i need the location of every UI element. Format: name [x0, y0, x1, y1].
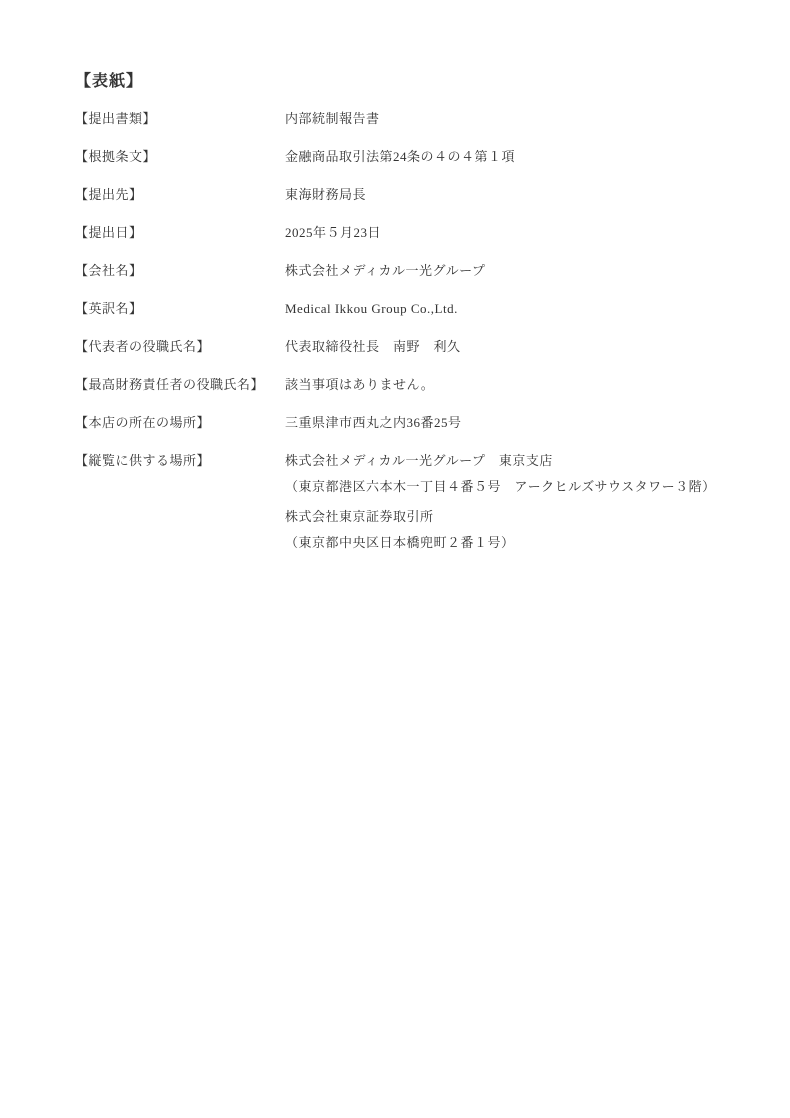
field-label: 【代表者の役職氏名】 [75, 340, 285, 353]
field-value: 東海財務局長 [285, 188, 750, 201]
field-label: 【提出先】 [75, 188, 285, 201]
field-label: 【根拠条文】 [75, 150, 285, 163]
field-value: 株式会社メディカル一光グループ [285, 264, 750, 277]
field-label: 【本店の所在の場所】 [75, 416, 285, 429]
field-row-public-inspection: 【縦覧に供する場所】 株式会社メディカル一光グループ 東京支店 （東京都港区六本… [75, 454, 750, 549]
field-label: 【英訳名】 [75, 302, 285, 315]
inspection-place-2-address: （東京都中央区日本橋兜町２番１号） [285, 536, 750, 549]
field-label: 【提出日】 [75, 226, 285, 239]
inspection-place-1: 株式会社メディカル一光グループ 東京支店 [285, 454, 750, 467]
field-row-company-name: 【会社名】 株式会社メディカル一光グループ [75, 264, 750, 277]
field-value: 三重県津市西丸之内36番25号 [285, 416, 750, 429]
field-row-legal-basis: 【根拠条文】 金融商品取引法第24条の４の４第１項 [75, 150, 750, 163]
field-row-submission-date: 【提出日】 2025年５月23日 [75, 226, 750, 239]
field-row-submitted-to: 【提出先】 東海財務局長 [75, 188, 750, 201]
field-label: 【会社名】 [75, 264, 285, 277]
field-row-representative: 【代表者の役職氏名】 代表取締役社長 南野 利久 [75, 340, 750, 353]
field-value: 2025年５月23日 [285, 226, 750, 239]
field-row-cfo: 【最高財務責任者の役職氏名】 該当事項はありません。 [75, 378, 750, 391]
inspection-place-1-address: （東京都港区六本木一丁目４番５号 アークヒルズサウスタワー３階） [285, 480, 750, 493]
field-label: 【提出書類】 [75, 112, 285, 125]
field-row-head-office: 【本店の所在の場所】 三重県津市西丸之内36番25号 [75, 416, 750, 429]
field-value: 代表取締役社長 南野 利久 [285, 340, 750, 353]
field-value: 金融商品取引法第24条の４の４第１項 [285, 150, 750, 163]
field-value: 内部統制報告書 [285, 112, 750, 125]
document-page: 【表紙】 【提出書類】 内部統制報告書 【根拠条文】 金融商品取引法第24条の４… [0, 0, 790, 1118]
field-value: 該当事項はありません。 [285, 378, 750, 391]
cover-heading: 【表紙】 [75, 72, 750, 92]
field-value-multiline: 株式会社メディカル一光グループ 東京支店 （東京都港区六本木一丁目４番５号 アー… [285, 454, 750, 549]
field-row-document-type: 【提出書類】 内部統制報告書 [75, 112, 750, 125]
field-label: 【縦覧に供する場所】 [75, 454, 285, 467]
inspection-place-2: 株式会社東京証券取引所 [285, 510, 750, 523]
field-row-english-name: 【英訳名】 Medical Ikkou Group Co.,Ltd. [75, 302, 750, 315]
field-value: Medical Ikkou Group Co.,Ltd. [285, 302, 750, 315]
field-label: 【最高財務責任者の役職氏名】 [75, 378, 285, 391]
